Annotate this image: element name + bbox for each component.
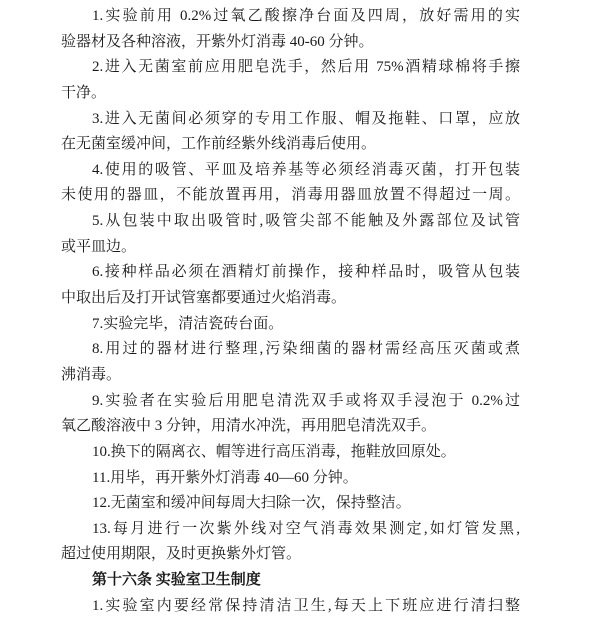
text-line: 3.进入无菌间必须穿的专用工作服、帽及拖鞋、口罩，应放	[61, 107, 520, 133]
text-line: 验器材及各种溶液，开紫外灯消毒 40-60 分钟。	[61, 30, 520, 56]
text-line: 沸消毒。	[61, 363, 520, 389]
text-line: 2.进入无菌室前应用肥皂洗手，然后用 75%酒精球棉将手擦	[61, 55, 520, 81]
text-line: 中取出后及打开试管塞都要通过火焰消毒。	[61, 286, 520, 312]
text-line: 5.从包装中取出吸管时,吸管尖部不能触及外露部位及试管	[61, 209, 520, 235]
text-line: 或平皿边。	[61, 235, 520, 261]
document-page: 1.实验前用 0.2%过氧乙酸擦净台面及四周，放好需用的实 验器材及各种溶液，开…	[0, 0, 589, 623]
text-line: 未使用的器皿，不能放置再用，消毒用器皿放置不得超过一周。	[61, 183, 520, 209]
text-line: 4.使用的吸管、平皿及培养基等必须经消毒灭菌，打开包装	[61, 158, 520, 184]
text-line: 13.每月进行一次紫外线对空气消毒效果测定,如灯管发黑,	[61, 517, 520, 543]
text-line: 6.接种样品必须在酒精灯前操作，接种样品时，吸管从包装	[61, 260, 520, 286]
section-heading: 第十六条 实验室卫生制度	[61, 568, 520, 594]
text-line: 9.实验者在实验后用肥皂清洗双手或将双手浸泡于 0.2%过	[61, 389, 520, 415]
text-line: 11.用毕，再开紫外灯消毒 40—60 分钟。	[61, 466, 520, 492]
text-line: 超过使用期限，及时更换紫外灯管。	[61, 542, 520, 568]
text-line: 8.用过的器材进行整理,污染细菌的器材需经高压灭菌或煮	[61, 337, 520, 363]
text-line: 干净。	[61, 81, 520, 107]
text-line: 7.实验完毕，清洁瓷砖台面。	[61, 312, 520, 338]
text-line: 氧乙酸溶液中 3 分钟，用清水冲洗，再用肥皂清洗双手。	[61, 414, 520, 440]
text-line: 10.换下的隔离衣、帽等进行高压消毒，拖鞋放回原处。	[61, 440, 520, 466]
text-line: 1.实验室内要经常保持清洁卫生,每天上下班应进行清扫整	[61, 594, 520, 620]
document-text: 1.实验前用 0.2%过氧乙酸擦净台面及四周，放好需用的实 验器材及各种溶液，开…	[61, 4, 520, 619]
text-line: 1.实验前用 0.2%过氧乙酸擦净台面及四周，放好需用的实	[61, 4, 520, 30]
text-line: 在无菌室缓冲间，工作前经紫外线消毒后使用。	[61, 132, 520, 158]
text-line: 12.无菌室和缓冲间每周大扫除一次，保持整洁。	[61, 491, 520, 517]
